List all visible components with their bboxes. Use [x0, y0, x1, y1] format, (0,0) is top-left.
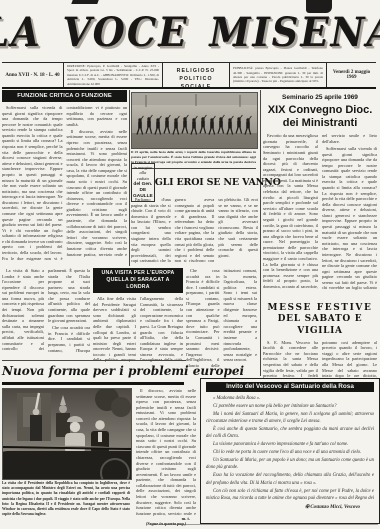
testata-cell: SETTIMANALE RELIGIOSO POLITICO SOCIALE [162, 63, 229, 87]
saragat-headline-line2: QUELLA DI SARAGAT A LONDRA [94, 277, 182, 291]
saragat-headline-line1: UNA VISITA PER L'EUROPA [94, 270, 182, 277]
headline-rule [2, 382, 184, 385]
letter-paragraph: Un Santuario di Maria, per un popolo è u… [206, 457, 374, 471]
infobar: Anno XVII - N. 18 - L. 40 DIREZIONE: Epi… [2, 62, 376, 89]
bishop-letter-box: Invito del Vescovo al Santuario della Ro… [200, 378, 380, 524]
article-nuova-forma: Nuova forma per i problemi europei [2, 360, 186, 378]
newspaper-front-page: LA VOCE MISENA Anno XVII - N. 18 - L. 40… [0, 0, 380, 529]
parade-photo [131, 92, 258, 149]
nuova-forma-body: Il discorso, avviato nelle settimane sco… [136, 388, 196, 526]
article-convegno: Seminario 25 aprile 1969 XIX Convegno Di… [263, 94, 377, 293]
letter-paragraph: La visione panoramica è davvero impressi… [206, 441, 374, 448]
letter-paragraph: È così anche di questo Santuario, che se… [206, 426, 374, 440]
masthead: LA VOCE MISENA [0, 4, 380, 60]
issue-number: Anno XVII - N. 18 - L. 40 [5, 73, 60, 78]
newspaper-title: LA VOCE MISENA [0, 8, 380, 56]
body-paragraph: Il discorso, avviato nelle settimane sco… [67, 105, 128, 265]
column-rule [129, 90, 130, 266]
letter-paragraph: Esso ha la vocazione del raccoglimento, … [206, 472, 374, 486]
letter-paragraph: Ma i nomi dei Santuari di Maria, in gene… [206, 411, 374, 425]
direzione-cell: DIREZIONE: Episcopio, P. Garibaldi - Sen… [63, 63, 162, 87]
funzione-body-continued: La visita di Stato a Londra è stata anch… [2, 268, 90, 356]
issue-cell: Anno XVII - N. 18 - L. 40 [2, 63, 63, 87]
queen-photo [2, 388, 132, 480]
saragat-body: Alla fine della visita del Presidente Sa… [93, 296, 183, 368]
bishop-signature: ✠ Costanzo Micci, Vescovo [206, 504, 374, 510]
eroi-headline: GLI EROI SE NE VANNO [155, 177, 281, 188]
queen-photo-caption: La visita che il Presidente della Repubb… [2, 481, 130, 525]
parade-photo-image [132, 93, 257, 148]
letter-paragraph: Ci potrebbe essere un nome più bello per… [206, 403, 374, 410]
invito-title: Invito del Vescovo al Santuario della Ro… [206, 382, 374, 392]
letter-paragraph: « Madonna della Rosa ». [206, 395, 374, 402]
convegno-headline-line2: dei Ministranti [263, 117, 377, 130]
eroi-body-continued: Che cosa accadrà ora in Francia è diffic… [186, 268, 257, 372]
convegno-headline-line1: XIX Convegno Dioc. [263, 104, 377, 117]
funzione-body: Soffermarsi sulla vicenda di questi gior… [2, 105, 127, 265]
date-cell: Venerdì 2 maggio 1969 [326, 63, 376, 87]
issue-date: Venerdì 2 maggio 1969 [330, 70, 373, 80]
body-paragraph: Che cosa accadrà ora in Francia è diffic… [186, 268, 257, 372]
body-paragraph: S. E. Mons. Vescovo ha facoltà di conced… [263, 340, 377, 380]
letter-paragraph: Chi lo vede ne porta in cuore come l'eco… [206, 449, 374, 456]
queen-photo-image [3, 389, 131, 479]
pubblicita-cell: PUBBLICITÀ: presso Episcopio - Piazza Ga… [229, 63, 326, 87]
messe-headline-line2: DEL SABATO E VIGILIA [263, 314, 377, 337]
article-messe: MESSE FESTIVE DEL SABATO E VIGILIA S. E.… [263, 303, 377, 385]
article-funzione: FUNZIONE CRITICA O FUNZIONE PRATICA? Sof… [2, 90, 127, 265]
letter-paragraph: Con ciò non solo ci richiama al fatto ch… [206, 488, 374, 501]
body-paragraph: Il discorso, avviato nelle settimane sco… [136, 388, 196, 516]
article-eroi-header: in margine alla caduta del Gen. DE GAULL… [131, 171, 258, 194]
eroi-body: Parliamo d'una pagina di storia che si c… [131, 197, 258, 265]
convegno-kicker: Seminario 25 aprile 1969 [263, 94, 377, 101]
eroi-kicker-line1: in margine alla caduta [133, 165, 153, 182]
body-paragraph: Soffermarsi sulla vicenda di questi gior… [322, 133, 377, 293]
invito-letter: « Madonna della Rosa ». Ci potrebbe esse… [206, 395, 374, 501]
body-paragraph: Alla fine della visita del Presidente Sa… [93, 296, 183, 368]
body-paragraph: Parliamo d'una pagina di storia che si c… [131, 197, 258, 264]
scan-artifact [150, 524, 378, 525]
direzione-text: DIREZIONE: Episcopio, P. Garibaldi - Sen… [67, 64, 159, 86]
nuova-forma-headline: Nuova forma per i problemi europei [2, 364, 186, 378]
testata-line1: SETTIMANALE RELIGIOSO [166, 63, 226, 75]
column-rule [260, 90, 261, 376]
messe-body: S. E. Mons. Vescovo ha facoltà di conced… [263, 340, 377, 380]
messe-headline-line1: MESSE FESTIVE [263, 303, 377, 314]
funzione-headline: FUNZIONE CRITICA O FUNZIONE PRATICA? [2, 90, 127, 102]
nuova-forma-text: Il discorso, avviato nelle settimane sco… [136, 388, 196, 516]
article-saragat: UNA VISITA PER L'EUROPA QUELLA DI SARAGA… [93, 268, 183, 368]
convegno-body: Favorito da una meravigliosa giornata pr… [263, 133, 377, 293]
pubblicita-text: PUBBLICITÀ: presso Episcopio - Piazza Ga… [233, 66, 323, 84]
testata-line2: POLITICO SOCIALE [166, 75, 226, 87]
